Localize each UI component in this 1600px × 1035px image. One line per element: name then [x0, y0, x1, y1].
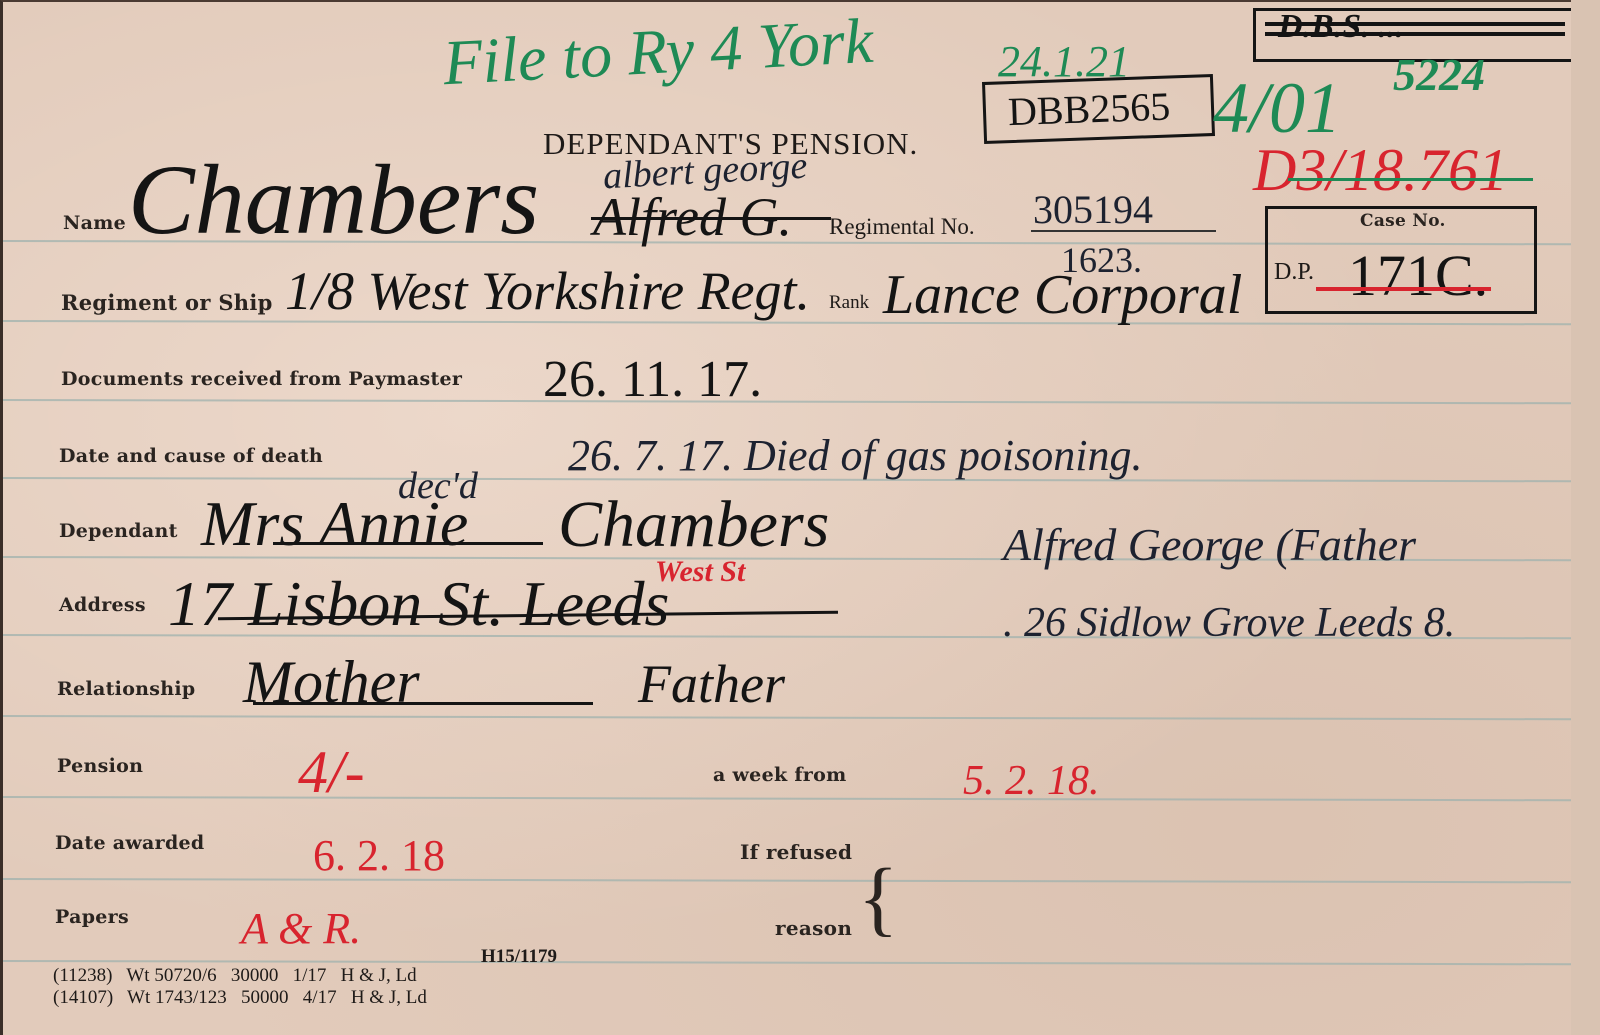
documents-received-label: Documents received from Paymaster: [61, 368, 462, 390]
green-number: 5224: [1393, 52, 1485, 98]
red-reference-strike: [1288, 178, 1533, 181]
case-number-value: 171C.: [1348, 247, 1488, 305]
form-number: H15/1179: [481, 946, 557, 968]
regiment-label: Regiment or Ship: [61, 290, 273, 315]
relationship-value: Father: [638, 657, 785, 711]
crossed-out-strike: [1265, 22, 1565, 26]
case-number-box: Case No. D.P. 171C.: [1265, 206, 1537, 314]
green-ref-fraction: 4/01: [1213, 72, 1341, 144]
given-name-strike: [591, 217, 831, 220]
case-number-red-strike: [1316, 287, 1491, 291]
papers-value: A & R.: [241, 907, 361, 951]
dependant-addition: Alfred George (Father: [1003, 522, 1416, 568]
regimental-no-value: 305194: [1033, 190, 1153, 230]
case-number-label: Case No.: [1360, 211, 1446, 231]
papers-label: Papers: [55, 906, 129, 928]
surname-value: Chambers: [128, 150, 539, 250]
boxed-reference-text: DBB2565: [1007, 87, 1171, 133]
pension-value: 4/-: [298, 742, 365, 802]
ruled-line: [3, 796, 1571, 801]
imprint-line-2: (14107) Wt 1743/123 50000 4/17 H & J, Ld: [53, 987, 427, 1009]
regimental-no-underline: [1031, 230, 1216, 232]
date-awarded-label: Date awarded: [55, 832, 205, 854]
death-value: 26. 7. 17. Died of gas poisoning.: [568, 434, 1142, 478]
address-struck: 17 Lisbon St. Leeds: [168, 572, 669, 636]
relationship-label: Relationship: [57, 678, 196, 700]
ruled-line: [3, 878, 1571, 883]
dependant-strike: [273, 542, 543, 545]
boxed-reference: DBB2565: [982, 74, 1215, 144]
imprint-line-1: (11238) Wt 50720/6 30000 1/17 H & J, Ld: [53, 965, 417, 987]
address-label: Address: [59, 594, 146, 616]
reason-label: reason: [775, 916, 852, 940]
pension-record-card: File to Ry 4 York 24.1.21 D.B.S. ... DBB…: [0, 0, 1571, 1035]
regimental-no-label: Regimental No.: [829, 214, 975, 240]
if-refused-label: If refused: [740, 840, 852, 864]
crossed-out-text: D.B.S. ...: [1278, 10, 1404, 44]
relationship-strike: [253, 702, 593, 705]
regiment-value: 1/8 West Yorkshire Regt.: [285, 264, 810, 318]
refused-brace: {: [858, 850, 898, 947]
top-green-note: File to Ry 4 York: [442, 9, 875, 95]
crossed-out-strike: [1265, 32, 1565, 36]
dependant-surname: Chambers: [558, 492, 829, 558]
documents-received-value: 26. 11. 17.: [543, 354, 762, 406]
dependant-label: Dependant: [59, 520, 178, 542]
red-reference: D3/18.761: [1253, 140, 1508, 200]
ruled-line: [3, 715, 1571, 720]
address-insertion: West St: [655, 557, 745, 587]
week-from-value: 5. 2. 18.: [963, 760, 1100, 802]
ruled-line: [3, 399, 1571, 404]
name-label: Name: [63, 212, 126, 234]
death-label: Date and cause of death: [59, 445, 323, 467]
dp-prefix: D.P.: [1274, 259, 1314, 286]
date-awarded-value: 6. 2. 18: [313, 834, 445, 878]
week-from-label: a week from: [713, 764, 847, 786]
rank-label: Rank: [829, 292, 869, 314]
rank-value: Lance Corporal: [883, 267, 1242, 323]
address-value: . 26 Sidlow Grove Leeds 8.: [1003, 602, 1455, 644]
pension-label: Pension: [57, 755, 143, 777]
dependant-note: dec'd: [398, 467, 478, 505]
